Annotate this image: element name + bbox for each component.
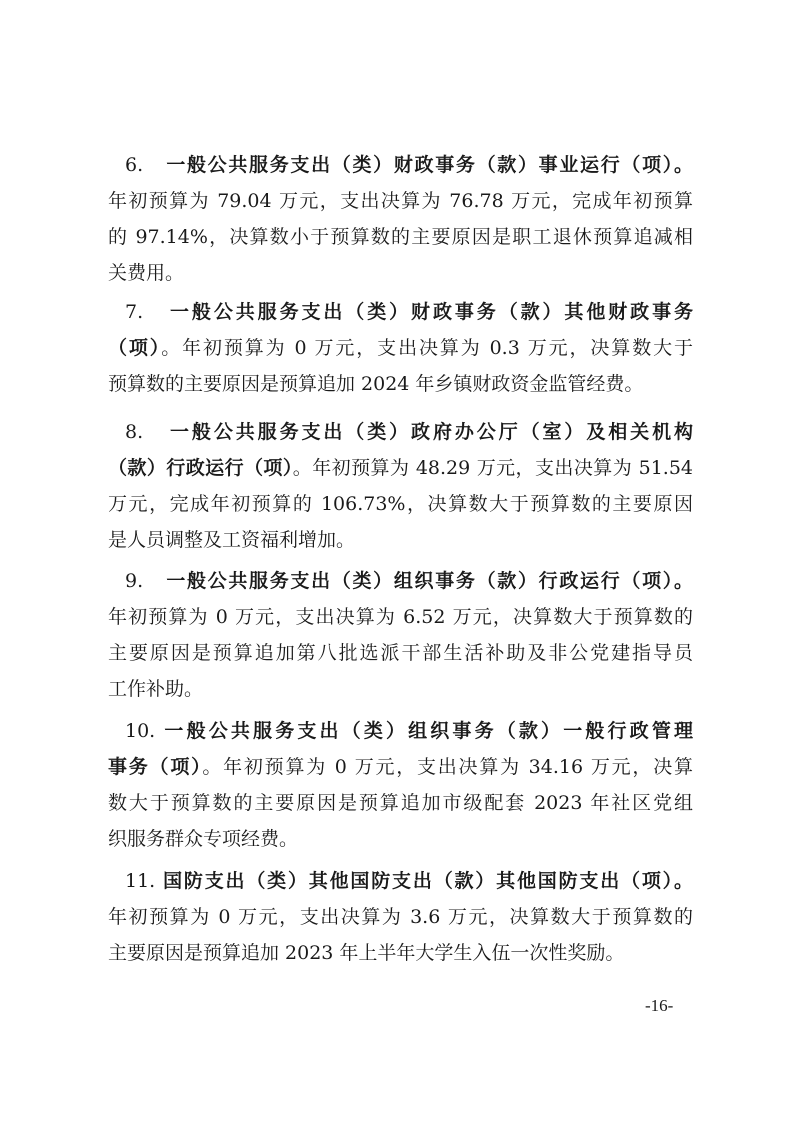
item-8-line-4: 是人员调整及工资福利增加。	[108, 524, 693, 556]
item-8-heading: 8. 一般公共服务支出（类）政府办公厅（室）及相关机构	[125, 416, 693, 448]
item-title-cont: （款）行政运行（项）	[108, 457, 293, 479]
item-8-line-2: （款）行政运行（项）。年初预算为 48.29 万元，支出决算为 51.54	[108, 452, 693, 484]
item-11-line-3: 主要原因是预算追加 2023 年上半年大学生入伍一次性奖励。	[108, 937, 693, 969]
item-10-heading: 10. 一般公共服务支出（类）组织事务（款）一般行政管理	[125, 715, 693, 747]
item-6-line-3: 的 97.14%，决算数小于预算数的主要原因是职工退休预算追减相	[108, 221, 693, 253]
item-body: 。年初预算为 0 万元，支出决算为 0.3 万元，决算数大于	[161, 337, 693, 359]
item-8-line-3: 万元，完成年初预算的 106.73%，决算数大于预算数的主要原因	[108, 488, 693, 520]
item-9-line-4: 工作补助。	[108, 673, 693, 705]
item-body: 。年初预算为 48.29 万元，支出决算为 51.54	[293, 457, 693, 479]
item-10-line-2: 事务（项）。年初预算为 0 万元，支出决算为 34.16 万元，决算	[108, 751, 693, 783]
item-title: 一般公共服务支出（类）政府办公厅（室）及相关机构	[170, 421, 693, 443]
item-title: 一般公共服务支出（类）组织事务（款）一般行政管理	[164, 720, 693, 742]
item-title: 一般公共服务支出（类）组织事务（款）行政运行（项）。	[166, 570, 693, 592]
item-9-line-3: 主要原因是预算追加第八批选派干部生活补助及非公党建指导员	[108, 637, 693, 669]
item-number: 8.	[125, 421, 170, 443]
item-body: 。年初预算为 0 万元，支出决算为 34.16 万元，决算	[202, 756, 693, 778]
item-title: 国防支出（类）其他国防支出（款）其他国防支出（项）。	[163, 870, 693, 892]
item-7-line-3: 预算数的主要原因是预算追加 2024 年乡镇财政资金监管经费。	[108, 368, 693, 400]
item-6-line-4: 关费用。	[108, 257, 693, 289]
item-10-line-4: 织服务群众专项经费。	[108, 823, 693, 855]
item-title: 一般公共服务支出（类）财政事务（款）事业运行（项）。	[166, 154, 693, 176]
item-11-heading: 11. 国防支出（类）其他国防支出（款）其他国防支出（项）。	[125, 865, 693, 897]
item-11-line-2: 年初预算为 0 万元，支出决算为 3.6 万元，决算数大于预算数的	[108, 901, 693, 933]
item-number: 7.	[125, 301, 170, 323]
item-9-line-2: 年初预算为 0 万元，支出决算为 6.52 万元，决算数大于预算数的	[108, 601, 693, 633]
item-number: 10.	[125, 720, 164, 742]
item-number: 6.	[125, 154, 166, 176]
item-6-heading: 6. 一般公共服务支出（类）财政事务（款）事业运行（项）。	[125, 149, 693, 181]
item-title: 一般公共服务支出（类）财政事务（款）其他财政事务	[170, 301, 693, 323]
page-number: -16-	[645, 996, 673, 1016]
item-7-line-2: （项）。年初预算为 0 万元，支出决算为 0.3 万元，决算数大于	[108, 332, 693, 364]
item-6-line-2: 年初预算为 79.04 万元，支出决算为 76.78 万元，完成年初预算	[108, 185, 693, 217]
item-number: 9.	[125, 570, 166, 592]
item-title-cont: 事务（项）	[108, 756, 202, 778]
document-page: 6. 一般公共服务支出（类）财政事务（款）事业运行（项）。 年初预算为 79.0…	[0, 0, 793, 1122]
item-title-cont: （项）	[108, 337, 161, 359]
item-7-heading: 7. 一般公共服务支出（类）财政事务（款）其他财政事务	[125, 296, 693, 328]
item-9-heading: 9. 一般公共服务支出（类）组织事务（款）行政运行（项）。	[125, 565, 693, 597]
item-number: 11.	[125, 870, 163, 892]
item-10-line-3: 数大于预算数的主要原因是预算追加市级配套 2023 年社区党组	[108, 787, 693, 819]
